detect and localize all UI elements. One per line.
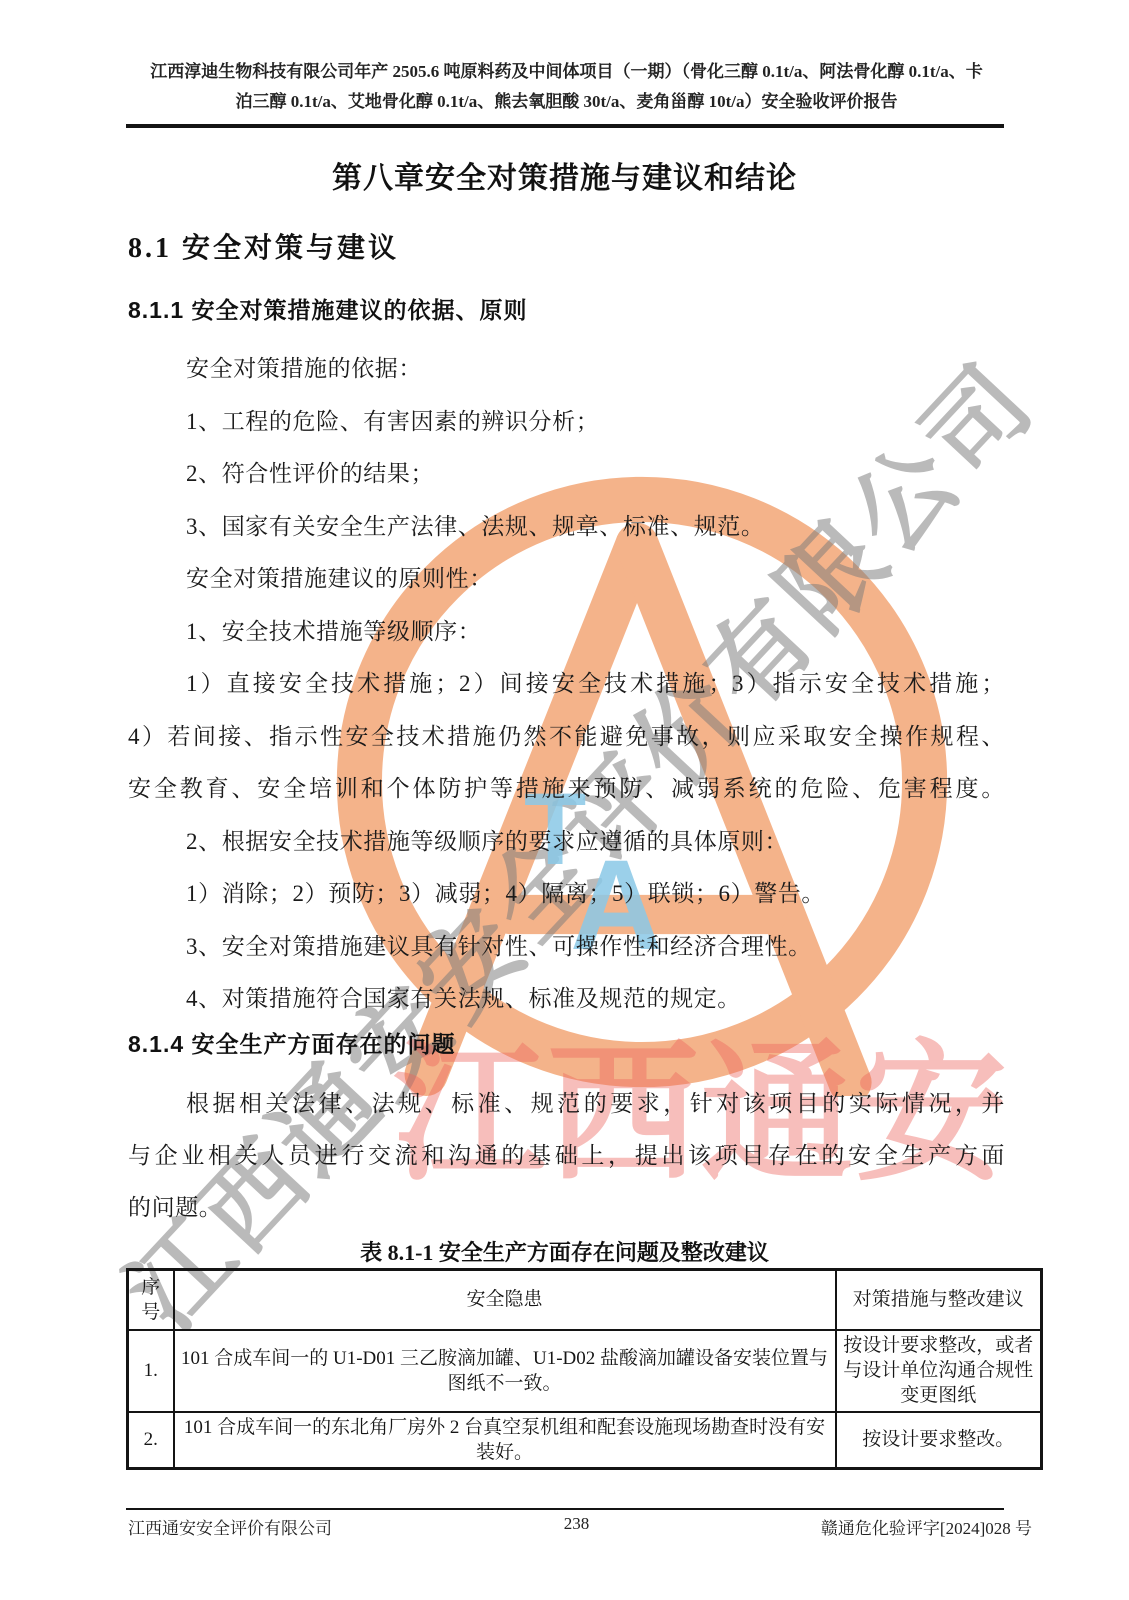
body-line: 1）消除；2）预防；3）减弱；4）隔离；5）联锁；6）警告。 [128, 868, 1005, 921]
table-title: 表 8.1-1 安全生产方面存在问题及整改建议 [0, 1236, 1129, 1267]
page-content: 江西淳迪生物科技有限公司年产 2505.6 吨原料药及中间体项目（一期）（骨化三… [0, 0, 1129, 1600]
row-number: 1. [128, 1330, 174, 1412]
body-line: 3、安全对策措施建议具有针对性、可操作性和经济合理性。 [128, 921, 1005, 974]
body-line: 4、对策措施符合国家有关法规、标准及规范的规定。 [128, 973, 1005, 1026]
row-number: 2. [128, 1412, 174, 1469]
body-line: 与企业相关人员进行交流和沟通的基础上，提出该项目存在的安全生产方面 [128, 1130, 1005, 1182]
header-line-2: 泊三醇 0.1t/a、艾地骨化醇 0.1t/a、熊去氧胆酸 30t/a、麦角甾醇… [128, 87, 1005, 117]
body-line: 3、国家有关安全生产法律、法规、规章、标准、规范。 [128, 501, 1005, 554]
body-line: 1、工程的危险、有害因素的辨识分析； [128, 396, 1005, 449]
col-header-number: 序号 [128, 1270, 174, 1330]
body-line: 1）直接安全技术措施；2）间接安全技术措施；3）指示安全技术措施； [128, 658, 1005, 711]
footer-page-number: 238 [564, 1514, 590, 1534]
page-header: 江西淳迪生物科技有限公司年产 2505.6 吨原料药及中间体项目（一期）（骨化三… [128, 57, 1005, 117]
table-header-row: 序号 安全隐患 对策措施与整改建议 [128, 1270, 1042, 1330]
row-hazard: 101 合成车间一的 U1-D01 三乙胺滴加罐、U1-D02 盐酸滴加罐设备安… [174, 1330, 836, 1412]
issues-table: 序号 安全隐患 对策措施与整改建议 1. 101 合成车间一的 U1-D01 三… [126, 1268, 1043, 1470]
problems-paragraph: 根据相关法律、法规、标准、规范的要求，针对该项目的实际情况，并 与企业相关人员进… [128, 1078, 1005, 1234]
header-rule [126, 124, 1004, 128]
table-row: 2. 101 合成车间一的东北角厂房外 2 台真空泵机组和配套设施现场勘查时没有… [128, 1412, 1042, 1469]
row-hazard: 101 合成车间一的东北角厂房外 2 台真空泵机组和配套设施现场勘查时没有安装好… [174, 1412, 836, 1469]
section-heading-8-1-1: 8.1.1 安全对策措施建议的依据、原则 [128, 292, 528, 325]
body-line: 安全对策措施的依据： [128, 343, 1005, 396]
body-line: 1、安全技术措施等级顺序： [128, 606, 1005, 659]
col-header-measure: 对策措施与整改建议 [836, 1270, 1042, 1330]
header-line-1: 江西淳迪生物科技有限公司年产 2505.6 吨原料药及中间体项目（一期）（骨化三… [128, 57, 1005, 87]
body-line: 2、根据安全技术措施等级顺序的要求应遵循的具体原则： [128, 816, 1005, 869]
body-line: 安全教育、安全培训和个体防护等措施来预防、减弱系统的危险、危害程度。 [128, 763, 1005, 816]
body-line: 安全对策措施建议的原则性： [128, 553, 1005, 606]
footer-company: 江西通安安全评价有限公司 [128, 1514, 332, 1539]
chapter-title: 第八章安全对策措施与建议和结论 [0, 153, 1129, 197]
body-paragraphs: 安全对策措施的依据： 1、工程的危险、有害因素的辨识分析； 2、符合性评价的结果… [128, 343, 1005, 1026]
body-line: 4）若间接、指示性安全技术措施仍然不能避免事故，则应采取安全操作规程、 [128, 711, 1005, 764]
col-header-hazard: 安全隐患 [174, 1270, 836, 1330]
row-measure: 按设计要求整改。 [836, 1412, 1042, 1469]
row-measure: 按设计要求整改，或者与设计单位沟通合规性变更图纸 [836, 1330, 1042, 1412]
body-line: 2、符合性评价的结果； [128, 448, 1005, 501]
table-row: 1. 101 合成车间一的 U1-D01 三乙胺滴加罐、U1-D02 盐酸滴加罐… [128, 1330, 1042, 1412]
report-page: 江西通安安全评价有限公司 江西通安 T A 江西淳迪生物科技有限公司年产 250… [0, 0, 1129, 1600]
footer-rule [126, 1508, 1004, 1510]
page-footer: 江西通安安全评价有限公司 238 赣通危化验评字[2024]028 号 [128, 1514, 1032, 1539]
body-line: 的问题。 [128, 1182, 1005, 1234]
footer-doc-number: 赣通危化验评字[2024]028 号 [821, 1514, 1032, 1539]
body-line: 根据相关法律、法规、标准、规范的要求，针对该项目的实际情况，并 [128, 1078, 1005, 1130]
section-heading-8-1: 8.1 安全对策与建议 [128, 226, 399, 266]
section-heading-8-1-4: 8.1.4 安全生产方面存在的问题 [128, 1026, 456, 1059]
